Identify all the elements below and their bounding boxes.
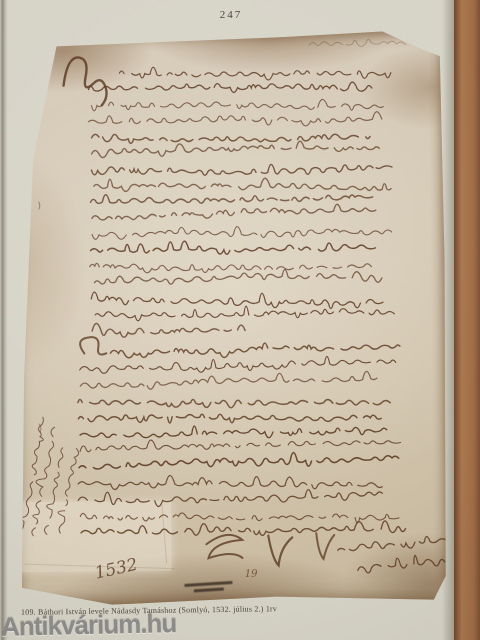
- antikvarium-watermark: Antikvárium.hu: [1, 610, 177, 640]
- manuscript-facsimile: 1532 19: [11, 30, 449, 606]
- folio-number: 19: [245, 569, 258, 580]
- table-background: [454, 0, 480, 640]
- page-number: 247: [0, 9, 462, 21]
- book-gutter-shadow: [0, 0, 8, 640]
- handwriting-svg: [11, 30, 449, 606]
- stamp-line: [194, 588, 224, 592]
- book-photo: 247 1532 19 109. Báthori István levele N…: [0, 0, 480, 640]
